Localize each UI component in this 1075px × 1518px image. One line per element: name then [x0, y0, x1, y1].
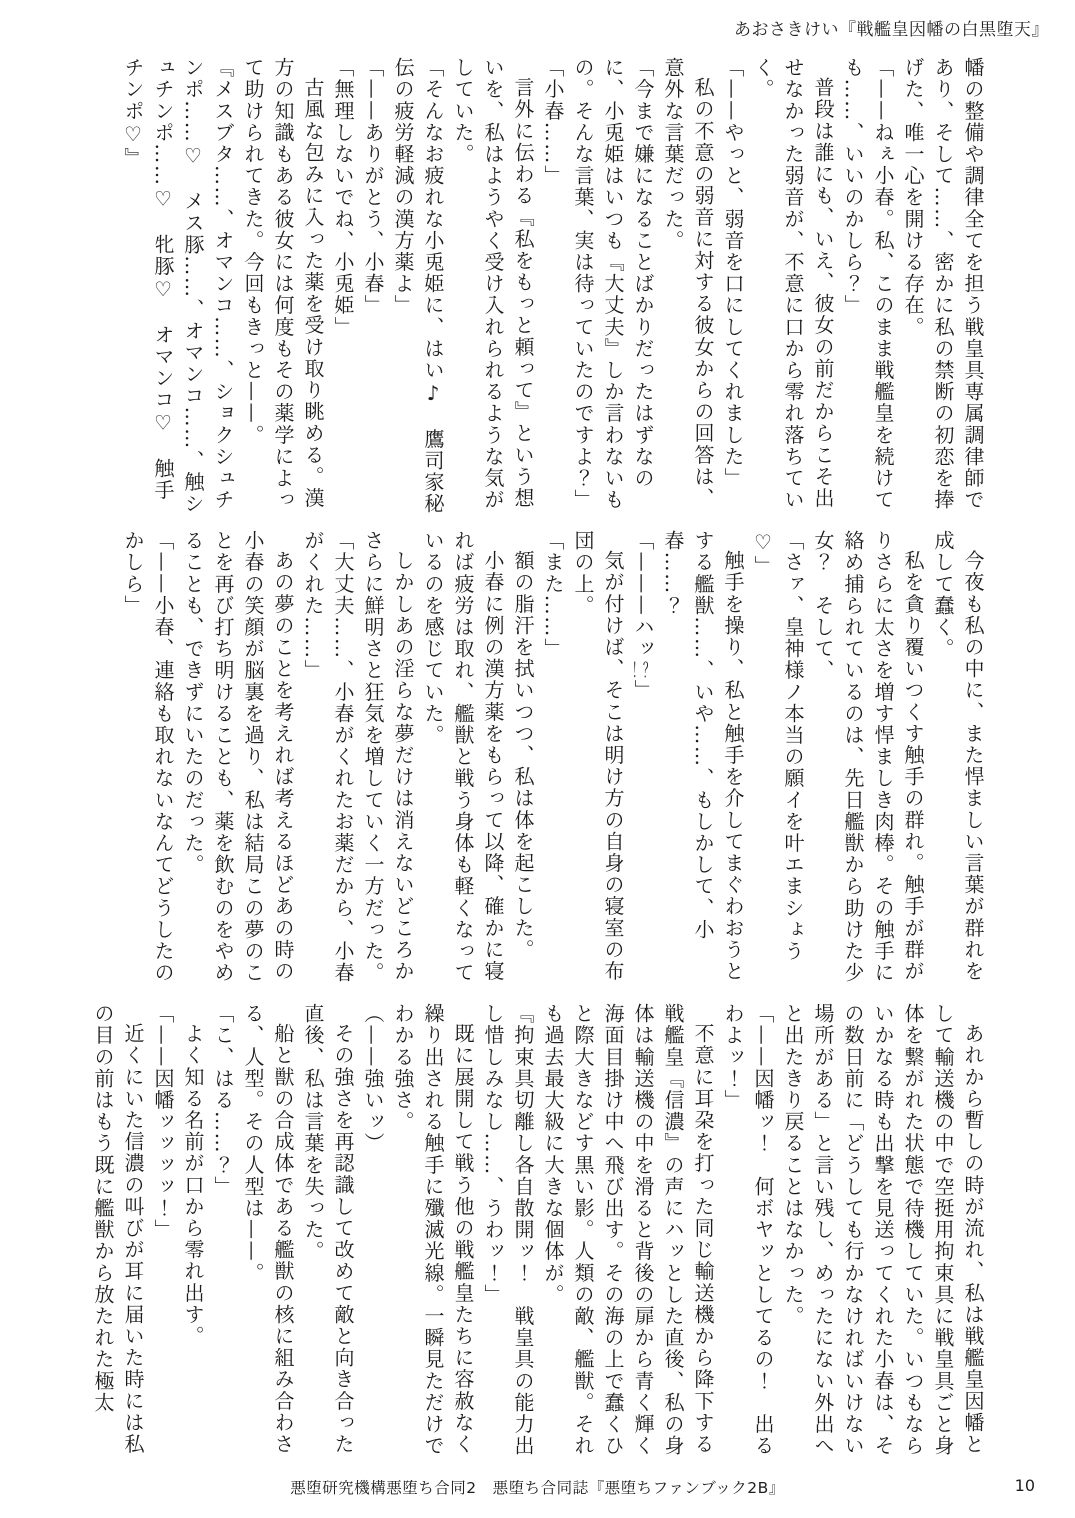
paragraph: 私の不意の弱音に対する彼女からの回答は、意外な言葉だった。: [658, 57, 718, 515]
page-header-title: あおさきけい『戦艦皇因幡の白黒堕天』: [734, 15, 1049, 40]
paragraph: 幡の整備や調律全てを担う戦皇具専属調律師であり、そして……、密かに私の禁断の初恋…: [898, 57, 988, 515]
text-section-bottom: あれから暫しの時が流れ、私は戦艦皇因幡として輸送機の中で空挺用拘束具に戦皇具ごと…: [88, 1003, 988, 1461]
text-section-middle: 今夜も私の中に、また悍ましい言葉が群れを成して蠢く。 私を貪り覆いつくす触手の群…: [118, 530, 988, 988]
paragraph: 「無理しないでね、小兎姫」: [328, 57, 358, 515]
paragraph: あれから暫しの時が流れ、私は戦艦皇因幡として輸送機の中で空挺用拘束具に戦皇具ごと…: [778, 1003, 988, 1461]
paragraph: 「———ハッ！？」: [628, 530, 658, 988]
paragraph: 今夜も私の中に、また悍ましい言葉が群れを成して蠢く。: [928, 530, 988, 988]
paragraph: 「こ、はる……？」: [208, 1003, 238, 1461]
paragraph: 「小春……」: [538, 57, 568, 515]
paragraph: よく知る名前が口から零れ出す。: [178, 1003, 208, 1461]
paragraph: 「今まで嫌になることばかりだったはずなのに、小兎姫はいつも『大丈夫』しか言わない…: [568, 57, 658, 515]
paragraph: 「大丈夫……、小春がくれたお薬だから、小春がくれた……」: [298, 530, 358, 988]
paragraph: 「また……」: [538, 530, 568, 988]
paragraph: 「さァ、皇神様ノ本当の願イを叶エまシょう♡」: [748, 530, 808, 988]
paragraph: 既に展開して戦う他の戦艦皇たちに容赦なく繰り出される触手に殲滅光線。一瞬見ただけ…: [388, 1003, 478, 1461]
paragraph: 「——ありがとう、小春」: [358, 57, 388, 515]
paragraph: （——強いッ）: [358, 1003, 388, 1461]
document-page: あおさきけい『戦艦皇因幡の白黒堕天』 幡の整備や調律全てを担う戦皇具専属調律師で…: [0, 0, 1075, 1518]
paragraph: 触手を操り、私と触手を介してまぐわおうとする艦獣……、いや……、もしかして、小春…: [658, 530, 748, 988]
paragraph: 古風な包みに入った薬を受け取り眺める。漢方の知識もある彼女には何度もその薬学によ…: [238, 57, 328, 515]
paragraph: 『拘束具切離し各自散開ッ！ 戦皇具の能力出し惜しみなし……、うわッ！」: [478, 1003, 538, 1461]
paragraph: 言外に伝わる『私をもっと頼って』という想いを、私はようやく受け入れられるような気…: [448, 57, 538, 515]
paragraph: 「——小春、連絡も取れないなんてどうしたのかしら」: [118, 530, 178, 988]
page-footer-credit: 悪堕研究機構悪堕ち合同2 悪堕ち合同誌『悪堕ちファンブック2B』: [0, 1476, 1075, 1498]
paragraph: 普段は誰にも、いえ、彼女の前だからこそ出せなかった弱音が、不意に口から零れ落ちて…: [748, 57, 838, 515]
paragraph: 気が付けば、そこは明け方の自身の寝室の布団の上。: [568, 530, 628, 988]
paragraph: 額の脂汗を拭いつつ、私は体を起こした。: [508, 530, 538, 988]
page-number: 10: [1015, 1476, 1035, 1495]
paragraph: 『メスブタ……、オマンコ……、ショクシュチンポ……♡ メス豚……、オマンコ……、…: [118, 57, 238, 515]
paragraph: 「そんなお疲れな小兎姫に、はい♪ 鷹司家秘伝の疲労軽減の漢方薬よ」: [388, 57, 448, 515]
paragraph: 「——やっと、弱音を口にしてくれました」: [718, 57, 748, 515]
paragraph: あの夢のことを考えれば考えるほどあの時の小春の笑顔が脳裏を過り、私は結局この夢の…: [178, 530, 298, 988]
paragraph: 私を貪り覆いつくす触手の群れ。触手が群がりさらに太さを増す悍ましき肉棒。その触手…: [808, 530, 928, 988]
paragraph: 近くにいた信濃の叫びが耳に届いた時には私の目の前はもう既に艦獣から放たれた極太: [88, 1003, 148, 1461]
paragraph: 小春に例の漢方薬をもらって以降、確かに寝れば疲労は取れ、艦獣と戦う身体も軽くなっ…: [418, 530, 508, 988]
paragraph: しかしあの淫らな夢だけは消えないどころかさらに鮮明さと狂気を増していく一方だった…: [358, 530, 418, 988]
paragraph: 「——因幡ッ！ 何ボヤッとしてるの！ 出るわよッ！」: [718, 1003, 778, 1461]
paragraph: 不意に耳朶を打った同じ輸送機から降下する戦艦皇『信濃』の声にハッとした直後、私の…: [538, 1003, 718, 1461]
paragraph: 「——因幡ッッッッ！」: [148, 1003, 178, 1461]
text-section-top: 幡の整備や調律全てを担う戦皇具専属調律師であり、そして……、密かに私の禁断の初恋…: [118, 57, 988, 515]
paragraph: 「——ねぇ小春。私、このまま戦艦皇を続けても……、いいのかしら？」: [838, 57, 898, 515]
paragraph: その強さを再認識して改めて敵と向き合った直後、私は言葉を失った。: [298, 1003, 358, 1461]
paragraph: 船と獣の合成体である艦獣の核に組み合わさる、人型。その人型は——。: [238, 1003, 298, 1461]
